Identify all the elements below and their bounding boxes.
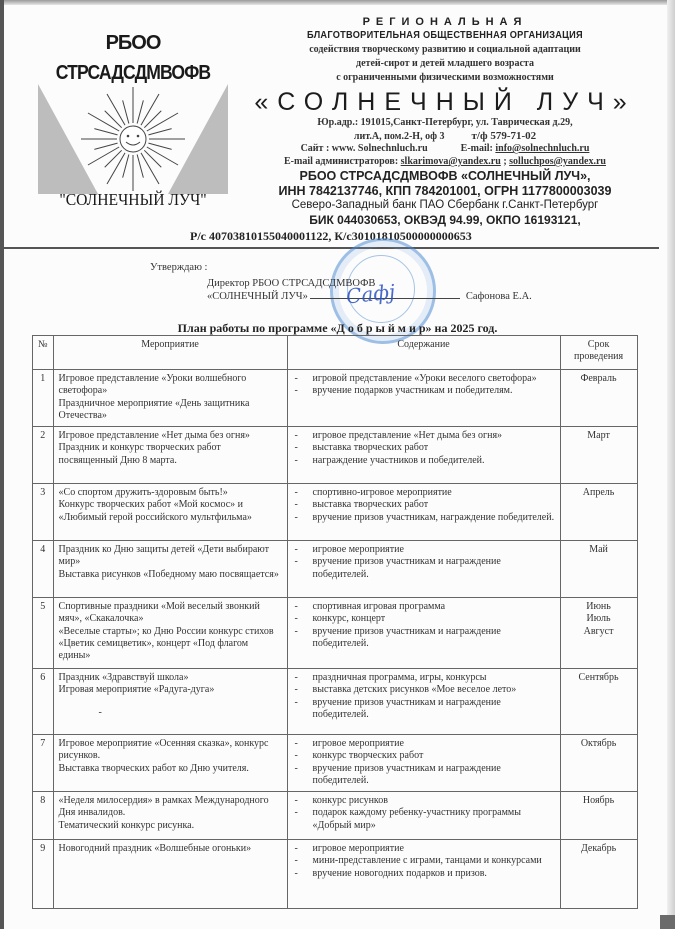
event-cell: Игровое представление «Уроки волшебного … <box>53 370 287 427</box>
admin-email-label: E-mail администраторов: <box>284 156 398 167</box>
event-cell: «Со спортом дружить-здоровым быть!»Конку… <box>53 484 287 541</box>
table-row: 8«Неделя милосердия» в рамках Международ… <box>33 792 638 840</box>
content-item: вручение призов участникам и награждение… <box>293 626 555 651</box>
content-item: награждение участников и победителей. <box>293 455 555 467</box>
header-content: Содержание <box>287 336 560 370</box>
admin-email-separator: ; <box>503 156 506 167</box>
site-link[interactable]: Сайт : www. Solnechnluch.ru <box>301 143 428 154</box>
content-item: конкурс, концерт <box>293 613 555 625</box>
header-num: № <box>33 336 54 370</box>
event-line: «Со спортом дружить-здоровым быть!» <box>59 487 282 499</box>
table-row: 1Игровое представление «Уроки волшебного… <box>33 370 638 427</box>
term-month: Декабрь <box>566 843 632 855</box>
event-line: Тематический конкурс рисунка. <box>59 820 282 832</box>
term-month: Июль <box>566 613 632 625</box>
email-label: E-mail: <box>461 143 493 154</box>
term-cell: Сентябрь <box>560 669 637 735</box>
event-line: - <box>59 707 282 719</box>
scanned-page: РБОО СТРСАДСДМВОФВ "СОЛНЕЧНЫЙ ЛУЧ" РЕГИО… <box>0 0 675 929</box>
scan-edge-right <box>667 0 675 929</box>
table-row: 4Праздник ко Дню защиты детей «Дети выби… <box>33 541 638 598</box>
letterhead-address-1: Юр.адр.: 191015,Санкт-Петербург, ул. Тав… <box>235 117 655 128</box>
logo-name: "СОЛНЕЧНЫЙ ЛУЧ" <box>46 190 221 210</box>
row-number: 8 <box>33 792 54 840</box>
letterhead-bik: БИК 044030653, ОКВЭД 94.99, ОКПО 1619312… <box>235 213 655 227</box>
content-item: игровой представление «Уроки веселого св… <box>293 373 555 385</box>
letterhead-admin-emails: E-mail администраторов: slkarimova@yande… <box>235 156 655 167</box>
email-link[interactable]: info@solnechnluch.ru <box>495 143 589 154</box>
phone: т/ф 579-71-02 <box>472 130 537 142</box>
content-cell: спортивная игровая программаконкурс, кон… <box>287 598 560 669</box>
event-line: Новогодний праздник «Волшебные огоньки» <box>59 843 282 855</box>
row-number: 2 <box>33 427 54 484</box>
organization-logo: РБОО СТРСАДСДМВОФВ "СОЛНЕЧНЫЙ ЛУЧ" <box>38 22 228 212</box>
content-item: вручение призов участникам и награждение… <box>293 697 555 722</box>
admin-email-link-1[interactable]: slkarimova@yandex.ru <box>401 156 501 167</box>
event-line: Игровое мероприятие «Осенняя сказка», ко… <box>59 738 282 763</box>
letterhead-org-full: РБОО СТРСАДСДМВОФВ «СОЛНЕЧНЫЙ ЛУЧ», <box>235 169 655 183</box>
term-month: Сентябрь <box>566 672 632 684</box>
content-item: спортивная игровая программа <box>293 601 555 613</box>
term-month: Февраль <box>566 373 632 385</box>
term-cell: Март <box>560 427 637 484</box>
scan-corner-mark <box>660 915 675 929</box>
content-item: вручение новогодних подарков и призов. <box>293 868 555 880</box>
event-line: Игровое представление «Уроки волшебного … <box>59 373 282 398</box>
term-month: Апрель <box>566 487 632 499</box>
content-item: спортивно-игровое мероприятие <box>293 487 555 499</box>
term-cell: Октябрь <box>560 735 637 792</box>
logo-abbr-line2: СТРСАДСДМВОФВ <box>49 62 216 85</box>
term-cell: Май <box>560 541 637 598</box>
content-item: выставка детских рисунков «Мое веселое л… <box>293 684 555 696</box>
event-cell: Праздник ко Дню защиты детей «Дети выбир… <box>53 541 287 598</box>
table-row: 3«Со спортом дружить-здоровым быть!»Конк… <box>33 484 638 541</box>
event-line: Спортивные праздники «Мой веселый звонки… <box>59 601 282 626</box>
content-item: праздничная программа, игры, конкурсы <box>293 672 555 684</box>
event-line: Выставка рисунков «Победному маю посвяща… <box>59 569 282 581</box>
content-item: вручение призов участникам и награждение… <box>293 556 555 581</box>
event-cell: «Неделя милосердия» в рамках Международн… <box>53 792 287 840</box>
handwritten-signature: Сафј <box>345 279 396 308</box>
plan-title: План работы по программе «Д о б р ы й м … <box>0 321 675 336</box>
scan-edge-top <box>0 0 675 5</box>
event-line: Праздник и конкурс творческих работ посв… <box>59 442 282 467</box>
event-cell: Праздник «Здравствуй школа»Игровая мероп… <box>53 669 287 735</box>
letterhead-purpose-3: с ограниченными физическими возможностям… <box>235 72 655 83</box>
row-number: 6 <box>33 669 54 735</box>
content-item: вручение подарков участникам и победител… <box>293 385 555 397</box>
letterhead-purpose-2: детей-сирот и детей младшего возраста <box>235 58 655 69</box>
content-item: вручение призов участникам, награждение … <box>293 512 555 524</box>
row-number: 5 <box>33 598 54 669</box>
letterhead-ids: ИНН 7842137746, КПП 784201001, ОГРН 1177… <box>235 184 655 198</box>
event-line: Игровая мероприятие «Радуга-дуга» <box>59 684 282 696</box>
table-row: 2Игровое представление «Нет дыма без огн… <box>33 427 638 484</box>
content-item: игровое представление «Нет дыма без огня… <box>293 430 555 442</box>
sun-icon <box>38 84 228 194</box>
content-item: конкурс рисунков <box>293 795 555 807</box>
content-cell: игровое мероприятиевручение призов участ… <box>287 541 560 598</box>
content-item: мини-представление с играми, танцами и к… <box>293 855 555 867</box>
table-header-row: № Мероприятие Содержание Срок проведения <box>33 336 638 370</box>
letterhead-regional: РЕГИОНАЛЬНАЯ <box>235 16 655 28</box>
letterhead-bank: Северо-Западный банк ПАО Сбербанк г.Санк… <box>235 199 655 211</box>
letterhead-address-2: лит.А, пом.2-Н, оф 3 т/ф 579-71-02 <box>235 130 655 142</box>
content-cell: спортивно-игровое мероприятиевыставка тв… <box>287 484 560 541</box>
table-row: 7Игровое мероприятие «Осенняя сказка», к… <box>33 735 638 792</box>
content-cell: конкурс рисунковподарок каждому ребенку-… <box>287 792 560 840</box>
term-cell: Ноябрь <box>560 792 637 840</box>
content-item: игровое мероприятие <box>293 843 555 855</box>
content-item: вручение призов участникам и награждение… <box>293 763 555 788</box>
table-row: 6Праздник «Здравствуй школа»Игровая меро… <box>33 669 638 735</box>
event-line: Игровое представление «Нет дыма без огня… <box>59 430 282 442</box>
event-line: Конкурс творческих работ «Мой космос» и … <box>59 499 282 524</box>
letterhead-divider <box>4 247 659 249</box>
content-cell: игровое мероприятиеконкурс творческих ра… <box>287 735 560 792</box>
admin-email-link-2[interactable]: solluchpos@yandex.ru <box>509 156 606 167</box>
content-item: выставка творческих работ <box>293 499 555 511</box>
term-month: Июнь <box>566 601 632 613</box>
content-item: конкурс творческих работ <box>293 750 555 762</box>
scan-edge-left <box>0 0 4 929</box>
table-row: 5Спортивные праздники «Мой веселый звонк… <box>33 598 638 669</box>
row-number: 3 <box>33 484 54 541</box>
content-item: игровое мероприятие <box>293 738 555 750</box>
approve-label: Утверждаю : <box>150 262 207 273</box>
letterhead-purpose-1: содействия творческому развитию и социал… <box>235 44 655 55</box>
director-org: «СОЛНЕЧНЫЙ ЛУЧ» <box>207 291 308 302</box>
event-line: Праздничное мероприятие «День защитника … <box>59 398 282 423</box>
table-row: 9Новогодний праздник «Волшебные огоньки»… <box>33 840 638 909</box>
work-plan-table: № Мероприятие Содержание Срок проведения… <box>32 335 638 909</box>
event-line: «Неделя милосердия» в рамках Международн… <box>59 795 282 820</box>
row-number: 9 <box>33 840 54 909</box>
event-cell: Новогодний праздник «Волшебные огоньки» <box>53 840 287 909</box>
term-month: Май <box>566 544 632 556</box>
term-month: Ноябрь <box>566 795 632 807</box>
term-cell: Декабрь <box>560 840 637 909</box>
event-cell: Игровое представление «Нет дыма без огня… <box>53 427 287 484</box>
content-cell: игровое представление «Нет дыма без огня… <box>287 427 560 484</box>
content-item: игровое мероприятие <box>293 544 555 556</box>
letterhead-org-type: БЛАГОТВОРИТЕЛЬНАЯ ОБЩЕСТВЕННАЯ ОРГАНИЗАЦ… <box>252 30 638 41</box>
row-number: 7 <box>33 735 54 792</box>
logo-abbr-line1: РБОО <box>38 32 228 55</box>
term-month: Март <box>566 430 632 442</box>
content-cell: игровое мероприятиемини-представление с … <box>287 840 560 909</box>
event-line: Выставка творческих работ ко Дню учителя… <box>59 763 282 775</box>
row-number: 1 <box>33 370 54 427</box>
letterhead-contacts: Сайт : www. Solnechnluch.ru E-mail: info… <box>235 143 655 154</box>
letterhead-accounts: Р/с 40703810155040001122, К/с30101810500… <box>190 229 650 244</box>
signer-name: Сафонова Е.А. <box>466 291 532 302</box>
event-cell: Игровое мероприятие «Осенняя сказка», ко… <box>53 735 287 792</box>
term-month: Август <box>566 626 632 638</box>
content-item: подарок каждому ребенку-участнику програ… <box>293 807 555 832</box>
address-line2: лит.А, пом.2-Н, оф 3 <box>354 131 445 142</box>
term-cell: Апрель <box>560 484 637 541</box>
event-line: Праздник «Здравствуй школа» <box>59 672 282 684</box>
term-cell: ИюньИюльАвгуст <box>560 598 637 669</box>
letterhead-brand: «СОЛНЕЧНЫЙ ЛУЧ» <box>235 88 655 117</box>
term-month: Октябрь <box>566 738 632 750</box>
content-cell: игровой представление «Уроки веселого св… <box>287 370 560 427</box>
header-event: Мероприятие <box>53 336 287 370</box>
row-number: 4 <box>33 541 54 598</box>
header-term: Срок проведения <box>560 336 637 370</box>
event-line: «Веселые старты»; ко Дню России конкурс … <box>59 626 282 663</box>
event-line: Праздник ко Дню защиты детей «Дети выбир… <box>59 544 282 569</box>
content-item: выставка творческих работ <box>293 442 555 454</box>
content-cell: праздничная программа, игры, конкурсывыс… <box>287 669 560 735</box>
event-cell: Спортивные праздники «Мой веселый звонки… <box>53 598 287 669</box>
term-cell: Февраль <box>560 370 637 427</box>
